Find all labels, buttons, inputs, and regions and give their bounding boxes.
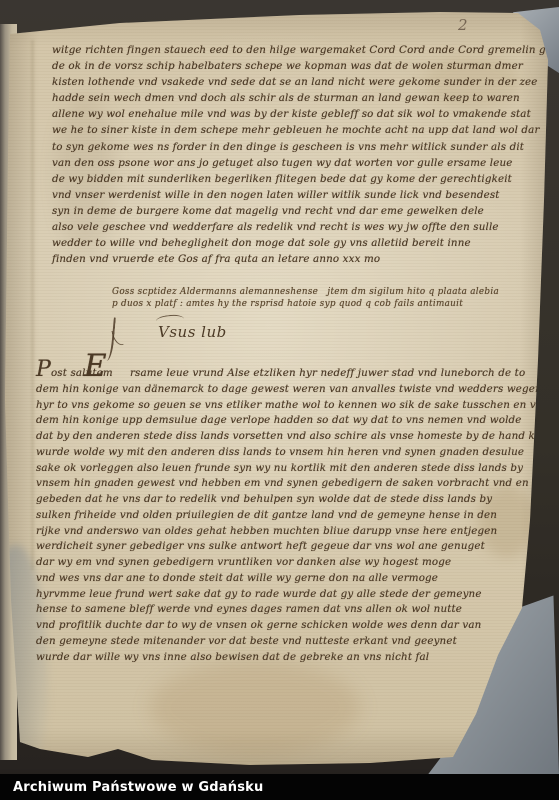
manuscript-line: to syn gekome wes ns forder in den dinge… [52, 139, 559, 155]
manuscript-page: 2 witge richten fingen stauech eed to de… [0, 0, 559, 774]
manuscript-line: vnd vnser werdenist wille in den nogen l… [52, 187, 559, 203]
manuscript-line: de ok in de vorsz schip habelbaters sche… [52, 58, 559, 74]
manuscript-line: also vele geschee vnd wedderfare als red… [52, 219, 559, 235]
manuscript-line: hyr to vns gekome so geuen se vns etlike… [36, 398, 557, 414]
manuscript-line: wurde dar wille wy vns inne also bewisen… [36, 650, 557, 666]
archive-banner: Archiwum Państwowe w Gdańsku [0, 774, 559, 800]
manuscript-line: kisten lothende vnd vsakede vnd sede dat… [52, 74, 559, 90]
manuscript-line: Goss scptidez Aldermanns alemanneshense … [112, 286, 499, 298]
manuscript-line: p duos x platf : amtes hy the rsprisd ha… [112, 298, 499, 310]
manuscript-line: van den oss psone wor ans jo getuget als… [52, 155, 559, 171]
manuscript-line: vnd profitlik duchte dar to wy de vnsen … [36, 618, 557, 634]
fold-crease [31, 40, 34, 570]
archive-name: Archiwum Państwowe w Gdańsku [13, 780, 263, 795]
manuscript-line: de wy bidden mit sunderliken begerliken … [52, 171, 559, 187]
manuscript-line: sake ok vorleggen also leuen frunde syn … [36, 461, 557, 477]
paragraph-second: Post salutem rsame leue vrund Alse etzli… [36, 362, 557, 665]
manuscript-line: rijke vnd anderswo van oldes gehat hebbe… [36, 524, 557, 540]
manuscript-line: allene wy wol enehalue mile vnd was by d… [52, 106, 559, 122]
manuscript-line: dar wy em vnd synen gebedigern vruntlike… [36, 555, 557, 571]
manuscript-line: wurde wolde wy mit den anderen diss land… [36, 445, 557, 461]
manuscript-line: gebeden dat he vns dar to redelik vnd be… [36, 492, 557, 508]
marginal-annotation: Goss scptidez Aldermanns alemanneshense … [112, 286, 499, 310]
paragraph-first: witge richten fingen stauech eed to den … [52, 42, 559, 267]
folio-number: 2 [458, 16, 468, 34]
manuscript-line: dem hin konige van dänemarck to dage gew… [36, 382, 557, 398]
manuscript-line: dat by den anderen stede diss lands vors… [36, 429, 557, 445]
stain [150, 660, 360, 755]
manuscript-line: hyrvmme leue frund wert sake dat gy to r… [36, 587, 557, 603]
manuscript-line: witge richten fingen stauech eed to den … [52, 42, 559, 58]
manuscript-line: den gemeyne stede mitenander vor dat bes… [36, 634, 557, 650]
manuscript-line: hense to samene bleff werde vnd eynes da… [36, 602, 557, 618]
manuscript-line: werdicheit syner gebediger vns sulke ant… [36, 539, 557, 555]
manuscript-line: finden vnd vruerde ete Gos af fra quta a… [52, 251, 559, 267]
manuscript-line: we he to siner kiste in dem schepe mehr … [52, 122, 559, 138]
section-heading: Vsus lub [158, 323, 227, 341]
manuscript-line: syn in deme de burgere kome dat magelig … [52, 203, 559, 219]
manuscript-line: hadde sein wech dmen vnd doch als schir … [52, 90, 559, 106]
archival-scan: 2 witge richten fingen stauech eed to de… [0, 0, 559, 800]
manuscript-line: dem hin konige upp demsulue dage verlope… [36, 413, 557, 429]
manuscript-line: Post salutem rsame leue vrund Alse etzli… [36, 362, 557, 382]
manuscript-line: sulken friheide vnd olden priuilegien de… [36, 508, 557, 524]
manuscript-line: vnsem hin gnaden gewest vnd hebben em vn… [36, 476, 557, 492]
manuscript-line: vnd wes vns dar ane to donde steit dat w… [36, 571, 557, 587]
manuscript-line: wedder to wille vnd behegligheit don mog… [52, 235, 559, 251]
